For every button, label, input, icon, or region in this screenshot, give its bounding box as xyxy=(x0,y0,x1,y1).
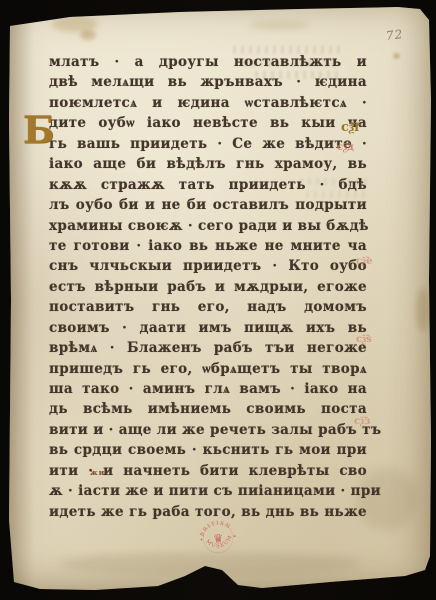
manuscript-text-line: поставитъ гнь его, надъ домомъ xyxy=(49,297,367,317)
page-background: 72 млатъ · а дроугы ноставлѣжть и двѣ ме… xyxy=(0,0,436,600)
manuscript-text-line: вити и · аще ли же речеть залы рабъ тъ xyxy=(49,420,367,440)
manuscript-text-line: те готови · іако вь ньже не мните ча xyxy=(49,236,367,256)
parchment-stain xyxy=(416,288,430,332)
manuscript-text-line: храмины своѥѫ · сего ради и вы бѫдѣ xyxy=(49,216,367,236)
parchment-stain xyxy=(250,20,310,30)
manuscript-text-line: іако аще би вѣдѣлъ гнь храмоу, вь xyxy=(49,154,367,174)
manuscript-text-line: снъ члчьскыи приидетъ · Кто оубо xyxy=(49,256,367,276)
parchment-page: 72 млатъ · а дроугы ноставлѣжть и двѣ ме… xyxy=(0,0,436,600)
stamp-dot xyxy=(201,539,203,541)
margin-section-number: сѯ̃г xyxy=(341,119,362,135)
manuscript-text-line: ѫ · іасти же и пити съ пиіаницами · при xyxy=(49,481,367,501)
illuminated-initial: Б xyxy=(23,112,55,149)
manuscript-text-line: дите оубѡ іако невѣсте вь кыи ча xyxy=(49,113,367,133)
parchment-stain xyxy=(52,16,98,32)
manuscript-text-line: двѣ мелѧщи вь жрънвахъ · ѥдина xyxy=(49,72,367,92)
margin-section-number: сѯ̃з xyxy=(354,416,371,427)
margin-section-number: сѯ̃ѕ xyxy=(356,334,372,345)
manuscript-text-line: млатъ · а дроугы ноставлѣжть и xyxy=(49,52,367,72)
crown-icon: ♛ xyxy=(212,531,224,546)
manuscript-text-line: естъ вѣрныи рабъ и мѫдрыи, егоже xyxy=(49,277,367,297)
parchment-stain xyxy=(393,53,400,59)
library-stamp: BRITISH MUSEUM ♛ xyxy=(195,517,241,557)
stamp-dot xyxy=(234,535,236,537)
manuscript-text-line: вь срдци своемь · кьснить гь мои при xyxy=(49,440,367,460)
scribal-note: жи xyxy=(90,468,105,477)
manuscript-text-line: кѫѫ стражѫ тать приидеть · бдѣ xyxy=(49,175,367,195)
manuscript-text-line: гь вашь приидеть · Се же вѣдите · xyxy=(49,134,367,154)
manuscript-text-line: дь всѣмь имѣниемь своимь поста xyxy=(49,399,367,419)
manuscript-text-line: пришедъ гь его, ѡбрѧщетъ ты творѧ xyxy=(49,359,367,379)
manuscript-text-line: лъ оубо би и не би оставилъ подрыти xyxy=(49,195,367,215)
folio-number: 72 xyxy=(385,27,404,43)
manuscript-text-line: ша тако · аминъ глѧ вамъ · іако на xyxy=(49,379,367,399)
manuscript-text-line: своимъ · даати имъ пищѫ ихъ вь xyxy=(49,318,367,338)
margin-section-number: сѯ̃д xyxy=(337,142,354,153)
parchment-stain xyxy=(80,30,96,40)
margin-section-number: сѯ̃е xyxy=(356,256,372,267)
gutter-shadow xyxy=(8,0,34,600)
manuscript-text-line: врѣмѧ · Блаженъ рабъ тъи негоже xyxy=(49,338,367,358)
text-block: млатъ · а дроугы ноставлѣжть и двѣ мелѧщ… xyxy=(49,52,367,522)
manuscript-text-line: поѥмлетсѧ и ѥдина ѡставлѣѥтсѧ · xyxy=(49,93,367,113)
